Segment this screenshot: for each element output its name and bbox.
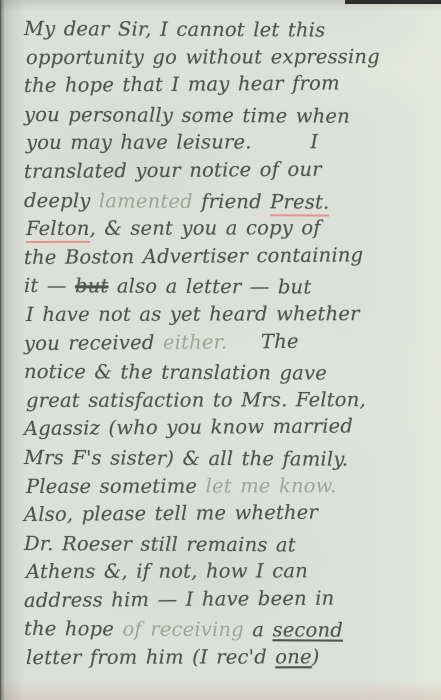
letter-line: it — but also a letter — but (24, 272, 437, 303)
letter-line: Athens &, if not, how I can (26, 557, 439, 587)
text-segment: Please sometime (26, 474, 206, 497)
text-segment: translated your notice of our (24, 158, 322, 183)
text-segment: the hope (24, 617, 123, 641)
letter-line: Mrs F's sister) & all the family. (24, 444, 437, 475)
text-segment: ) (312, 645, 320, 668)
ink-underlined-word: second (272, 619, 343, 642)
text-segment: a (244, 619, 273, 642)
text-segment: you received (24, 330, 163, 354)
text-segment: address him — I have been in (24, 586, 335, 611)
letter-line: great satisfaction to Mrs. Felton, (26, 386, 439, 416)
letter-line: the hope that I may hear from (24, 69, 437, 101)
text-segment: Mrs F's sister) & all the family. (24, 446, 348, 471)
letter-line: Felton, & sent you a copy of (26, 214, 439, 244)
text-segment: great satisfaction to Mrs. Felton, (26, 388, 366, 412)
text-segment: Dr. Roeser still remains at (24, 532, 296, 556)
letter-page: My dear Sir, I cannot let thisopportunit… (0, 0, 441, 700)
red-underlined-word: Prest. (270, 190, 329, 216)
text-segment: Agassiz (who you know married (24, 415, 353, 441)
text-segment: it — (24, 274, 75, 297)
text-segment: letter from him (I rec'd (26, 645, 275, 669)
letter-line: Please sometime let me know. (26, 471, 439, 501)
text-segment: the hope that I may hear from (24, 72, 340, 97)
text-segment: The (227, 329, 298, 353)
text-segment: My dear Sir, I cannot let this (24, 17, 325, 42)
faded-text-segment: either. (163, 330, 228, 354)
red-underlined-word: Felton (26, 217, 90, 243)
letter-line: Also, please tell me whether (24, 498, 437, 530)
text-segment: also a letter — but (108, 275, 311, 299)
letter-line: deeply lamented friend Prest. (24, 187, 437, 218)
letter-line: you received either. The (24, 326, 437, 358)
text-segment: the Boston Advertiser containing (24, 243, 363, 269)
letter-line: you may have leisure. I (26, 128, 439, 158)
text-segment: Athens &, if not, how I can (26, 560, 308, 584)
letter-line: the Boston Advertiser containing (24, 241, 437, 273)
text-segment: I have not as yet heard whether (26, 302, 360, 326)
text-segment: notice & the translation gave (24, 360, 327, 385)
faded-text-segment: of receiving (122, 618, 244, 642)
letter-line: letter from him (I rec'd one) (26, 643, 439, 673)
letter-line: notice & the translation gave (24, 358, 437, 389)
text-segment: friend (193, 189, 270, 212)
text-segment: you may have leisure. I (26, 131, 318, 155)
letter-line: opportunity go without expressing (26, 43, 439, 73)
letter-line: Dr. Roeser still remains at (24, 530, 437, 561)
faded-text-segment: lamented (99, 189, 193, 212)
scanner-edge-artifact (345, 0, 441, 4)
ink-underlined-word: one (275, 645, 312, 668)
letter-line: the hope of receiving a second (24, 615, 437, 646)
letter-line: I have not as yet heard whether (26, 300, 439, 330)
struck-out-word: but (75, 275, 109, 298)
screenshot-root: { "document": { "kind": "handwritten-let… (0, 0, 441, 700)
letter-line: you personally some time when (24, 101, 437, 132)
letter-line: Agassiz (who you know married (24, 412, 437, 444)
letter-line: address him — I have been in (24, 584, 437, 616)
text-segment: opportunity go without expressing (26, 45, 380, 69)
text-segment: Also, please tell me whether (24, 501, 318, 526)
letter-lines: My dear Sir, I cannot let thisopportunit… (24, 15, 437, 700)
letter-line: My dear Sir, I cannot let this (24, 15, 437, 46)
letter-line: translated your notice of our (24, 155, 437, 187)
text-segment: you personally some time when (24, 103, 350, 128)
faded-text-segment: let me know. (206, 474, 337, 497)
text-segment: , & sent you a copy of (90, 216, 321, 240)
text-segment: deeply (24, 189, 99, 212)
